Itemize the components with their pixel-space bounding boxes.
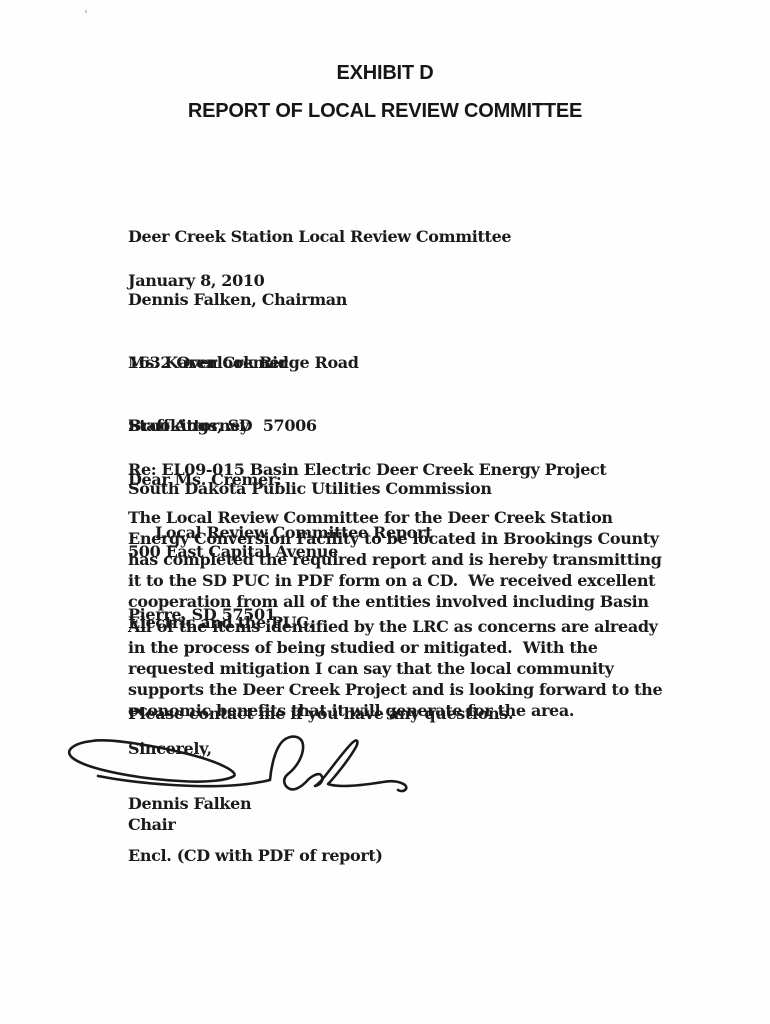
letter-date: January 8, 2010	[128, 270, 264, 291]
body-paragraph-3: Please contact me if you have any questi…	[128, 703, 670, 724]
recipient-line: Ms. Karen Cremer	[128, 352, 492, 373]
sender-line: Dennis Falken, Chairman	[128, 289, 511, 310]
sender-line: Deer Creek Station Local Review Committe…	[128, 226, 511, 247]
exhibit-heading: EXHIBIT D	[0, 62, 770, 85]
signer-title: Chair	[128, 814, 176, 835]
body-paragraph-1: The Local Review Committee for the Deer …	[128, 507, 670, 633]
report-title: REPORT OF LOCAL REVIEW COMMITTEE	[0, 100, 770, 123]
enclosure-note: Encl. (CD with PDF of report)	[128, 845, 383, 866]
scanned-letter-page: EXHIBIT D REPORT OF LOCAL REVIEW COMMITT…	[0, 0, 770, 1024]
salutation: Dear Ms. Cremer:	[128, 469, 281, 490]
scan-noise-speck	[85, 10, 87, 13]
signature-scrawl-icon	[52, 727, 444, 813]
